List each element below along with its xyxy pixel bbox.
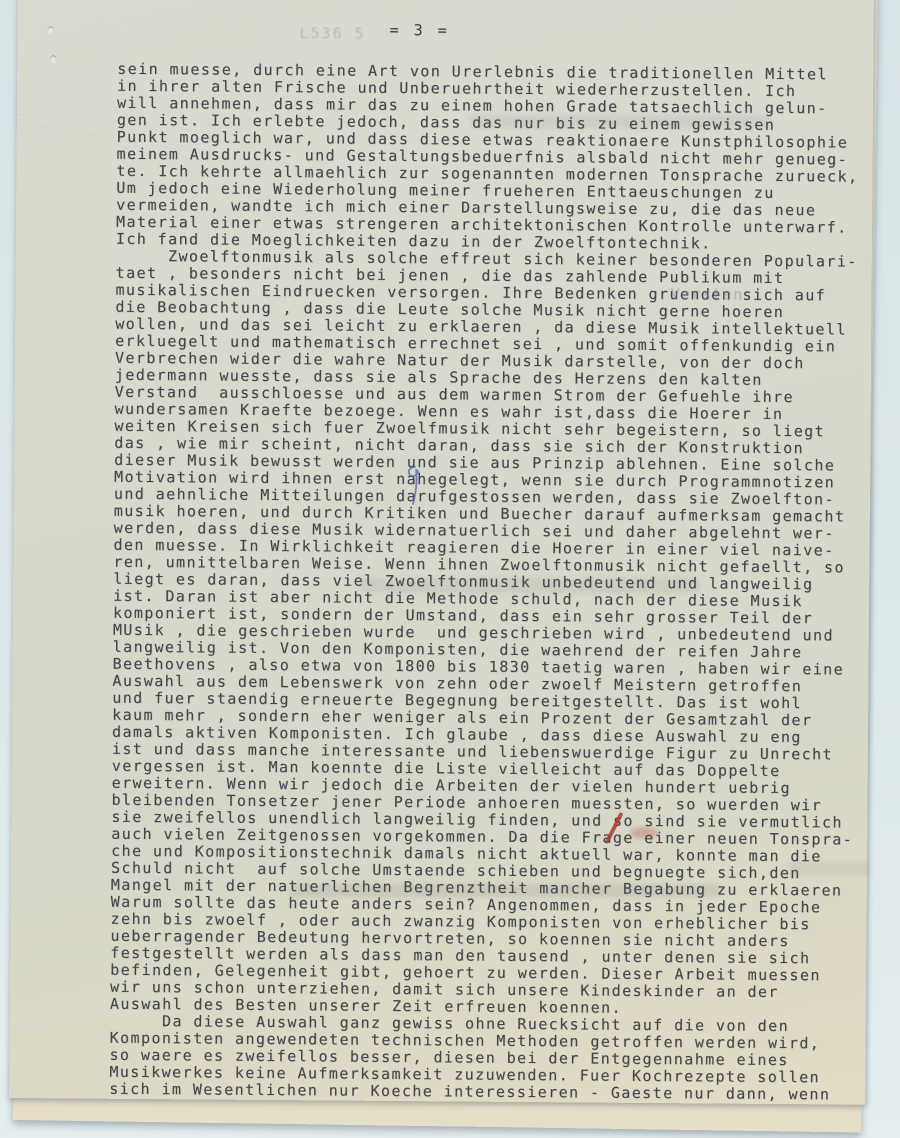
page-header: L536 5 = 3 = [17, 18, 873, 49]
document-page: L536 5 = 3 = sein muesse, durch eine Art… [9, 0, 874, 1105]
punch-hole [50, 55, 56, 63]
typewritten-text: sein muesse, durch eine Art von Urerlebn… [109, 61, 877, 1104]
archive-stamp: L536 5 [299, 24, 365, 43]
scan-background: L536 5 = 3 = sein muesse, durch eine Art… [0, 0, 900, 1138]
erased-ghost-text: Versten [670, 285, 743, 304]
page-number: = 3 = [390, 21, 450, 39]
